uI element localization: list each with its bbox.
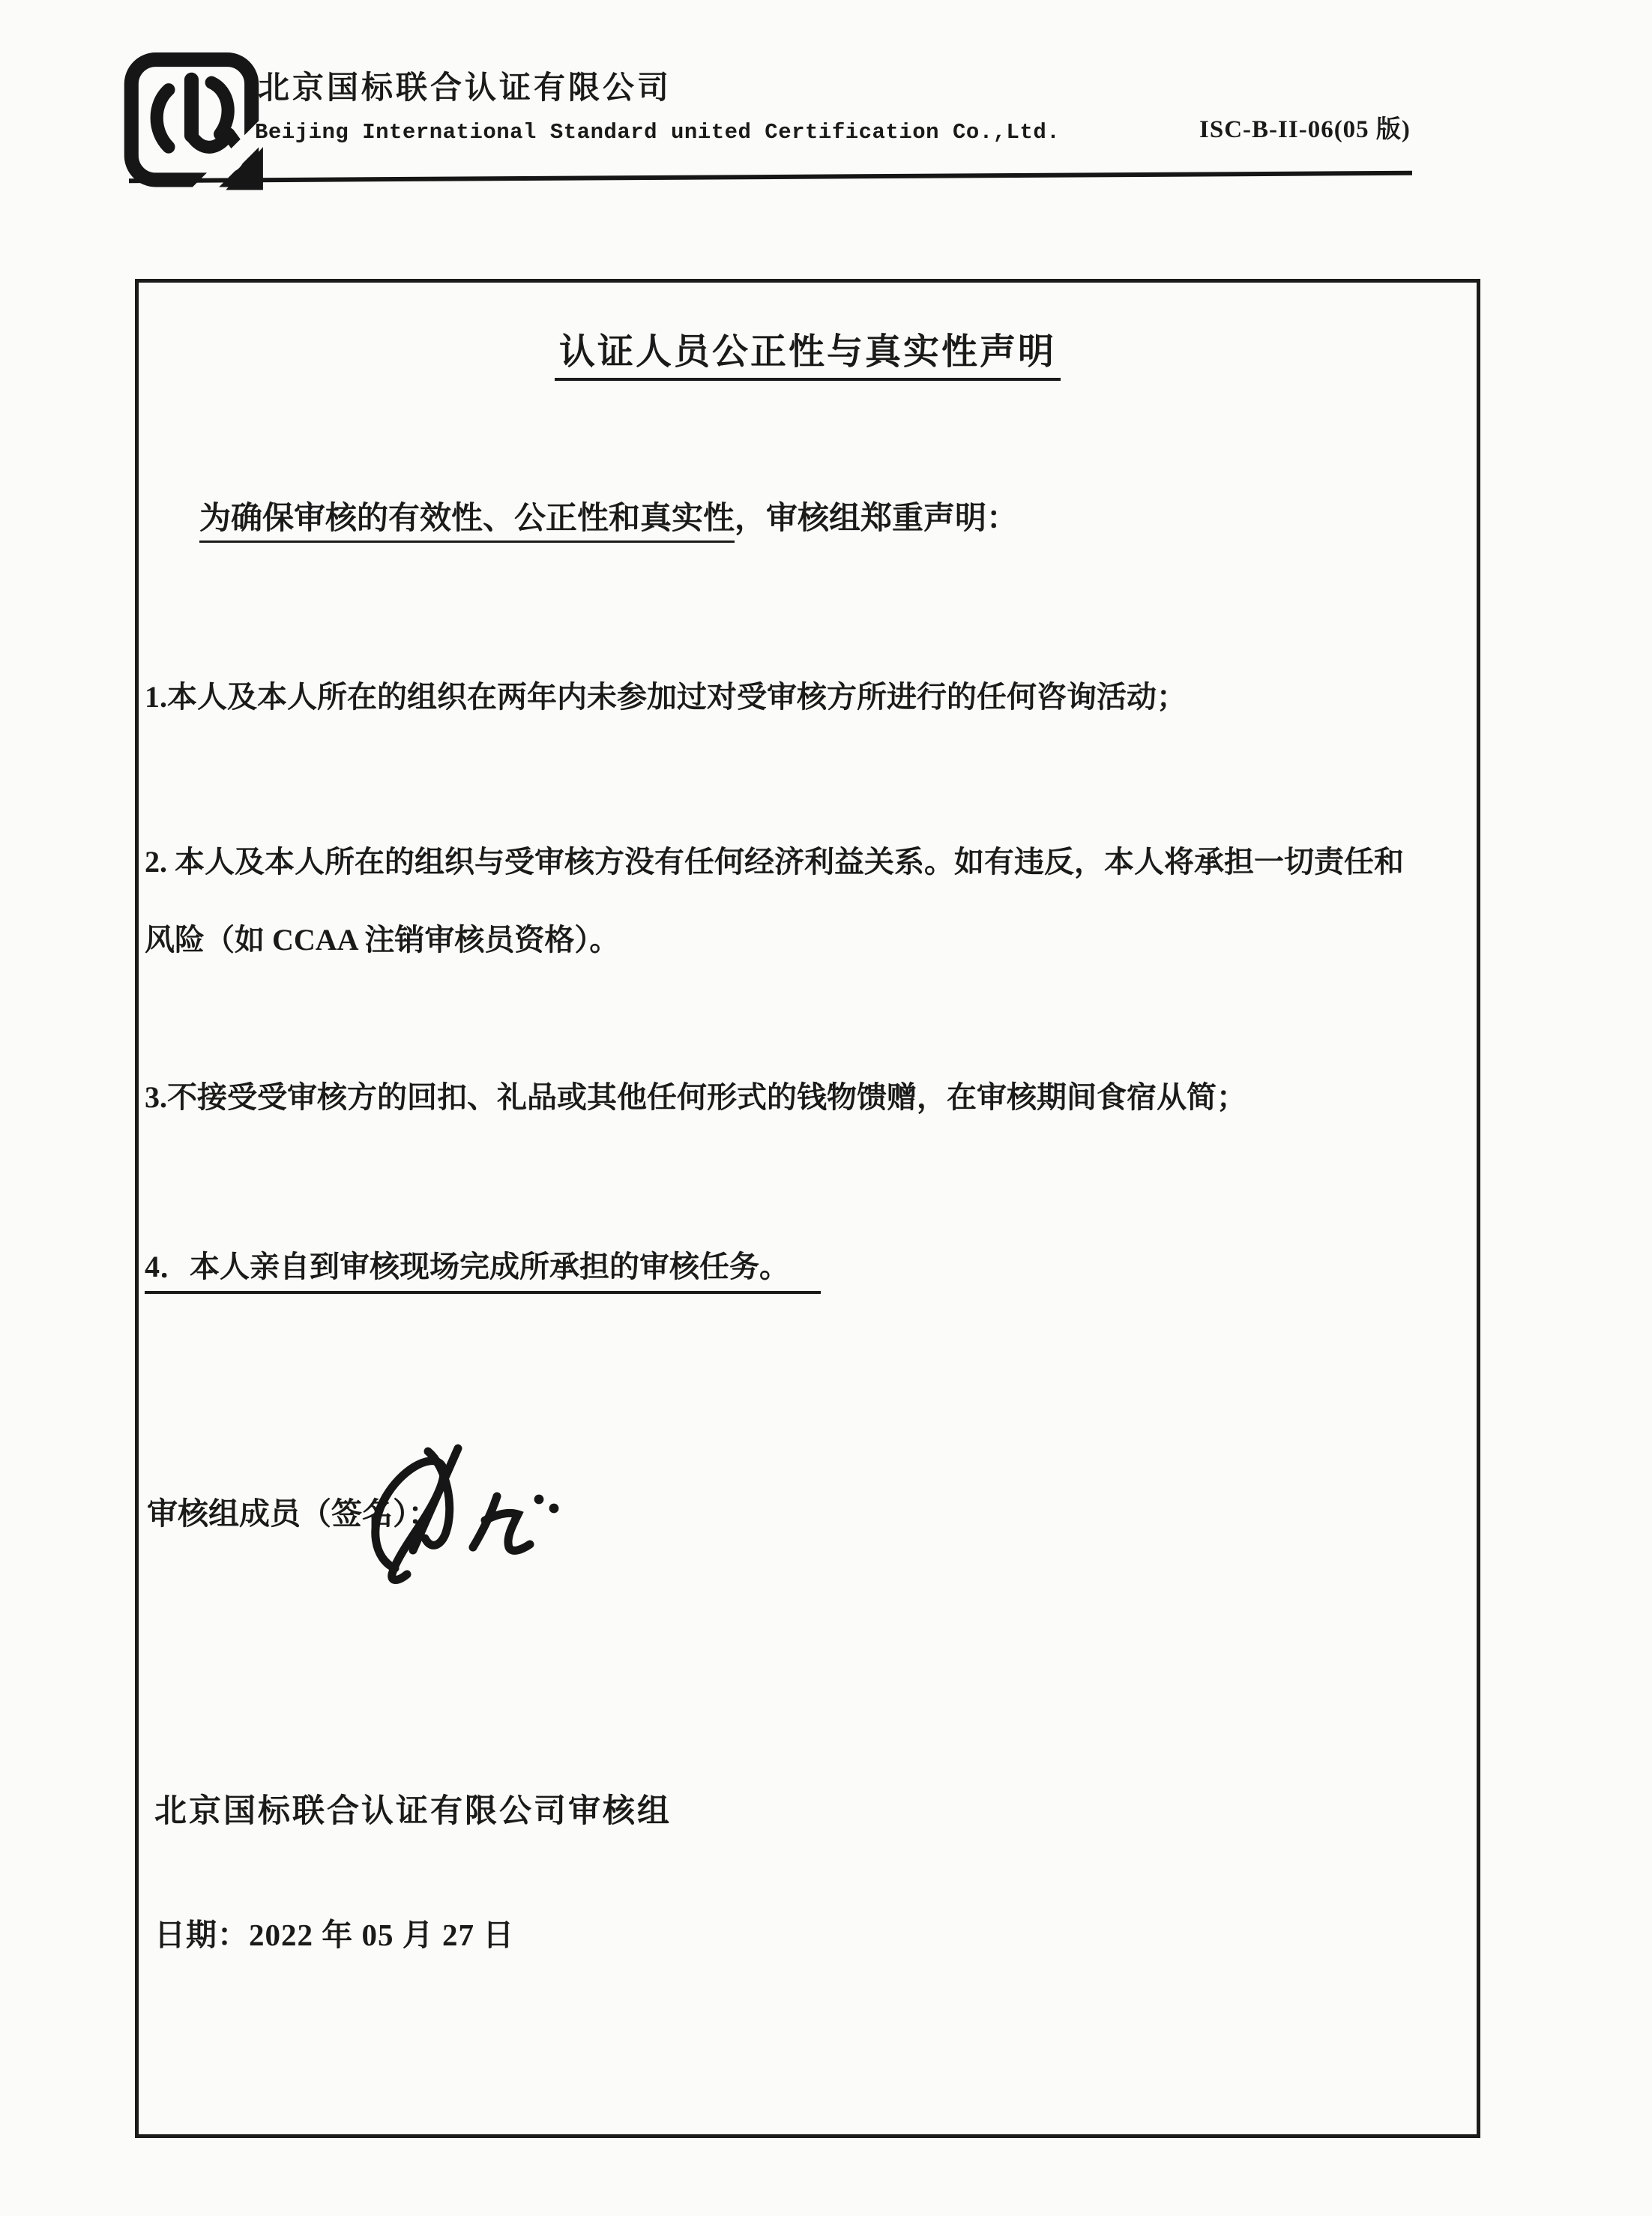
declaration-border-box bbox=[135, 279, 1480, 2138]
intro-rest-text: ，审核组郑重声明： bbox=[735, 502, 1018, 536]
document-title: 认证人员公正性与真实性声明 bbox=[135, 322, 1480, 374]
intro-statement: 为确保审核的有效性、公正性和真实性，审核组郑重声明： bbox=[199, 493, 1018, 538]
clause-2: 2. 本人及本人所在的组织与受审核方没有任何经济利益关系。如有违反，本人将承担一… bbox=[145, 838, 1404, 959]
intro-underlined-text: 为确保审核的有效性、公正性和真实性 bbox=[199, 502, 735, 543]
clause-1: 1.本人及本人所在的组织在两年内未参加过对受审核方所进行的任何咨询活动； bbox=[145, 673, 1187, 716]
handwritten-signature-icon bbox=[341, 1439, 596, 1604]
company-logo-icon bbox=[120, 51, 277, 197]
signoff-company: 北京国标联合认证有限公司审核组 bbox=[154, 1786, 672, 1831]
clause-3: 3.不接受受审核方的回扣、礼品或其他任何形式的钱物馈赠，在审核期间食宿从简； bbox=[145, 1074, 1246, 1116]
scanned-document-page: 北京国标联合认证有限公司 Beijing International Stand… bbox=[0, 0, 1652, 2216]
header-divider bbox=[129, 171, 1412, 183]
document-code: ISC-B-II-06(05 版) bbox=[1199, 109, 1411, 145]
company-name-chinese: 北京国标联合认证有限公司 bbox=[258, 63, 672, 108]
clause-4: 4．本人亲自到审核现场完成所承担的审核任务。 bbox=[145, 1243, 821, 1286]
company-name-english: Beijing International Standard united Ce… bbox=[255, 120, 1060, 145]
signoff-date: 日期：2022 年 05 月 27 日 bbox=[154, 1910, 514, 1954]
